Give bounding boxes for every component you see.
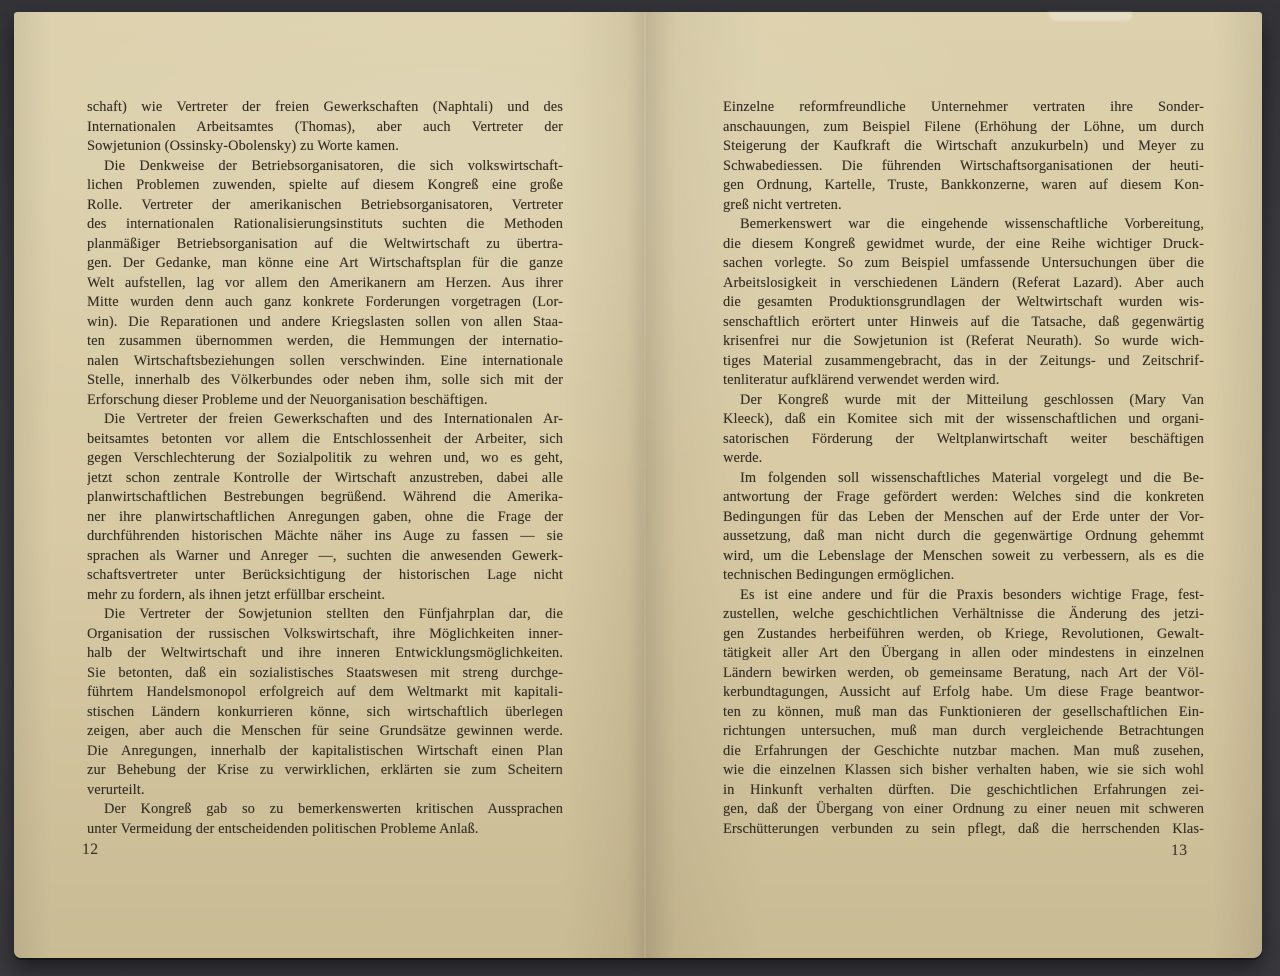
text-line: Es ist eine andere und für die Praxis be… (723, 586, 1204, 606)
text-line: stischen Ländern konkurrieren könne, sic… (87, 703, 563, 723)
text-line: Mitte wurden denn auch ganz konkrete For… (87, 293, 563, 313)
book-spread: schaft) wie Vertreter der freien Gewerks… (14, 12, 1262, 958)
text-line: win). Die Reparationen und andere Kriegs… (87, 313, 563, 333)
text-line: wird, um die Lebenslage der Menschen sow… (723, 547, 1204, 567)
text-line: in Hinkunft verhalten dürften. Die gesch… (723, 781, 1204, 801)
text-line: jetzt schon zentrale Kontrolle der Wirts… (87, 469, 563, 489)
text-line: greß nicht vertreten. (723, 196, 1204, 216)
text-line: tätigkeit aller Art den Übergang in alle… (723, 644, 1204, 664)
text-line: gen, daß der Übergang von einer Ordnung … (723, 800, 1204, 820)
text-line: nalen Wirtschaftsbeziehungen sollen vers… (87, 352, 563, 372)
text-line: Schwabediessen. Die führenden Wirtschaft… (723, 157, 1204, 177)
text-line: gegen Verschlechterung der Sozialpolitik… (87, 449, 563, 469)
text-line: ten zu können, muß man das Funktionieren… (723, 703, 1204, 723)
text-line: ner ihre planwirtschaftlichen Anregungen… (87, 508, 563, 528)
text-line: Rolle. Vertreter der amerikanischen Betr… (87, 196, 563, 216)
text-line: gen. Der Gedanke, man könne eine Art Wir… (87, 254, 563, 274)
text-line: technischen Bedingungen ermöglichen. (723, 566, 1204, 586)
text-line: die diesem Kongreß gewidmet wurde, der e… (723, 235, 1204, 255)
text-line: Sie betonten, daß ein sozialistisches St… (87, 664, 563, 684)
text-line: Die Vertreter der freien Gewerkschaften … (87, 410, 563, 430)
text-line: Bemerkenswert war die eingehende wissens… (723, 215, 1204, 235)
text-line: kerbundtagungen, Aussicht auf Erfolg hab… (723, 683, 1204, 703)
text-line: sprachen als Warner und Anreger —, sucht… (87, 547, 563, 567)
text-line: Der Kongreß gab so zu bemerkenswerten kr… (87, 800, 563, 820)
text-line: Die Anregungen, innerhalb der kapitalist… (87, 742, 563, 762)
text-line: halb der Weltwirtschaft und ihre inneren… (87, 644, 563, 664)
text-line: antwortung der Frage gefördert werden: W… (723, 488, 1204, 508)
text-line: Sowjetunion (Ossinsky-Obolensky) zu Wort… (87, 137, 563, 157)
text-line: zur Behebung der Krise zu verwirklichen,… (87, 761, 563, 781)
text-line: krisenfrei nur die Sowjetunion ist (Refe… (723, 332, 1204, 352)
text-line: tiges Material zusammengebracht, das in … (723, 352, 1204, 372)
text-line: schaftsvertreter unter Berücksichtigung … (87, 566, 563, 586)
text-line: die Erfahrungen der Geschichte nutzbar m… (723, 742, 1204, 762)
text-line: des internationalen Rationalisierungsins… (87, 215, 563, 235)
text-line: mehr zu fordern, als ihnen jetzt erfüllb… (87, 586, 563, 606)
text-line: Kleeck), daß ein Komitee sich mit der wi… (723, 410, 1204, 430)
text-line: zeigen, aber auch die Menschen für seine… (87, 722, 563, 742)
text-line: Der Kongreß wurde mit der Mitteilung ges… (723, 391, 1204, 411)
text-line: Ländern bewirken werden, ob gemeinsame B… (723, 664, 1204, 684)
text-line: Internationalen Arbeitsamtes (Thomas), a… (87, 118, 563, 138)
text-line: Stelle, innerhalb des Völkerbundes oder … (87, 371, 563, 391)
text-line: planmäßiger Betriebsorganisation auf die… (87, 235, 563, 255)
left-page-text: schaft) wie Vertreter der freien Gewerks… (87, 98, 563, 839)
text-line: Arbeitslosigkeit in verschiedenen Länder… (723, 274, 1204, 294)
text-line: Einzelne reformfreundliche Unternehmer v… (723, 98, 1204, 118)
text-line: Welt aufstellen, lag vor allem den Ameri… (87, 274, 563, 294)
right-page-number: 13 (1171, 842, 1188, 860)
text-line: wie die einzelnen Klassen sich bisher ve… (723, 761, 1204, 781)
text-line: sachen vorlegte. So zum Beispiel umfasse… (723, 254, 1204, 274)
text-line: planwirtschaftlichen Bestrebungen begrüß… (87, 488, 563, 508)
text-line: beitsamtes betonten vor allem die Entsch… (87, 430, 563, 450)
text-line: Erforschung dieser Probleme und der Neuo… (87, 391, 563, 411)
text-line: gen Zustandes herbeiführen werden, ob Kr… (723, 625, 1204, 645)
right-page-text: Einzelne reformfreundliche Unternehmer v… (723, 98, 1204, 839)
text-line: Die Denkweise der Betriebsorganisatoren,… (87, 157, 563, 177)
text-line: schaft) wie Vertreter der freien Gewerks… (87, 98, 563, 118)
photo-backdrop: schaft) wie Vertreter der freien Gewerks… (0, 0, 1280, 976)
text-line: satorischen Förderung der Weltplanwirtsc… (723, 430, 1204, 450)
left-page-number: 12 (82, 841, 99, 859)
text-line: gen Ordnung, Kartelle, Truste, Bankkonze… (723, 176, 1204, 196)
text-line: tenliteratur aufklärend verwendet werden… (723, 371, 1204, 391)
text-line: werde. (723, 449, 1204, 469)
text-line: richtungen untersuchen, muß man durch ve… (723, 722, 1204, 742)
text-line: lichen Problemen zuwenden, spielte auf d… (87, 176, 563, 196)
text-line: aussetzung, daß man nicht durch die gege… (723, 527, 1204, 547)
text-line: die gesamten Produktionsgrundlagen der W… (723, 293, 1204, 313)
text-line: Steigerung der Kaufkraft die Wirtschaft … (723, 137, 1204, 157)
paper-tear-mark (1048, 12, 1132, 21)
text-line: Bedingungen für das Leben der Menschen a… (723, 508, 1204, 528)
text-line: Erschütterungen verbunden zu sein pflegt… (723, 820, 1204, 840)
text-line: führtem Handelsmonopol erfolgreich auf d… (87, 683, 563, 703)
spine-fold (644, 12, 646, 958)
text-line: Im folgenden soll wissenschaftliches Mat… (723, 469, 1204, 489)
text-line: unter Vermeidung der entscheidenden poli… (87, 820, 563, 840)
text-line: Organisation der russischen Volkswirtsch… (87, 625, 563, 645)
text-line: ten zusammen übernommen werden, die Hemm… (87, 332, 563, 352)
text-line: anschauungen, zum Beispiel Filene (Erhöh… (723, 118, 1204, 138)
text-line: senschaftlich erörtert unter Hinweis auf… (723, 313, 1204, 333)
text-line: durchführenden historischen Mächte näher… (87, 527, 563, 547)
text-line: zustellen, welche geschichtlichen Verhäl… (723, 605, 1204, 625)
text-line: verurteilt. (87, 781, 563, 801)
text-line: Die Vertreter der Sowjetunion stellten d… (87, 605, 563, 625)
